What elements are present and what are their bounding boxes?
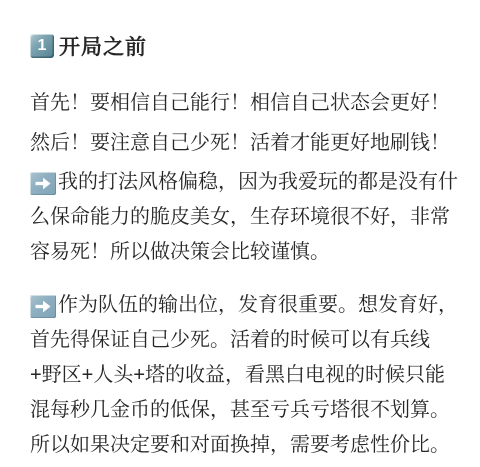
intro-block: 首先！要相信自己能行！相信自己状态会更好！ 然后！要注意自己少死！活着才能更好地… — [30, 83, 462, 163]
section-header: 1 开局之前 — [30, 33, 462, 59]
paragraph-text: 作为队伍的输出位，发育很重要。想发育好， — [58, 294, 458, 316]
paragraph-text: 容易死！所以做决策会比较谨慎。 — [30, 235, 462, 270]
paragraph-2-line-1: 作为队伍的输出位，发育很重要。想发育好， — [30, 288, 462, 323]
arrow-right-icon — [30, 295, 56, 318]
article-page: 1 开局之前 首先！要相信自己能行！相信自己状态会更好！ 然后！要注意自己少死！… — [0, 0, 480, 467]
section-number-badge: 1 — [30, 34, 54, 58]
arrow-right-icon — [30, 172, 56, 195]
paragraph-text: 混每秒几金币的低保，甚至亏兵亏塔很不划算。 — [30, 393, 462, 428]
section-title: 开局之前 — [59, 31, 147, 61]
paragraph-text: +野区+人头+塔的收益，看黑白电视的时候只能 — [30, 358, 462, 393]
paragraph-1: 我的打法风格偏稳，因为我爱玩的都是没有什 么保命能力的脆皮美女，生存环境很不好，… — [30, 165, 462, 270]
paragraph-text: 首先得保证自己少死。活着的时候可以有兵线 — [30, 323, 462, 358]
intro-line-1: 首先！要相信自己能行！相信自己状态会更好！ — [30, 83, 462, 123]
paragraph-text: 么保命能力的脆皮美女，生存环境很不好，非常 — [30, 200, 462, 235]
paragraph-2: 作为队伍的输出位，发育很重要。想发育好， 首先得保证自己少死。活着的时候可以有兵… — [30, 288, 462, 463]
paragraph-text: 所以如果决定要和对面换掉，需要考虑性价比。 — [30, 428, 462, 463]
paragraph-text: 我的打法风格偏稳，因为我爱玩的都是没有什 — [58, 171, 458, 193]
badge-number: 1 — [38, 37, 47, 55]
paragraph-1-line-1: 我的打法风格偏稳，因为我爱玩的都是没有什 — [30, 165, 462, 200]
intro-line-2: 然后！要注意自己少死！活着才能更好地刷钱！ — [30, 123, 462, 163]
